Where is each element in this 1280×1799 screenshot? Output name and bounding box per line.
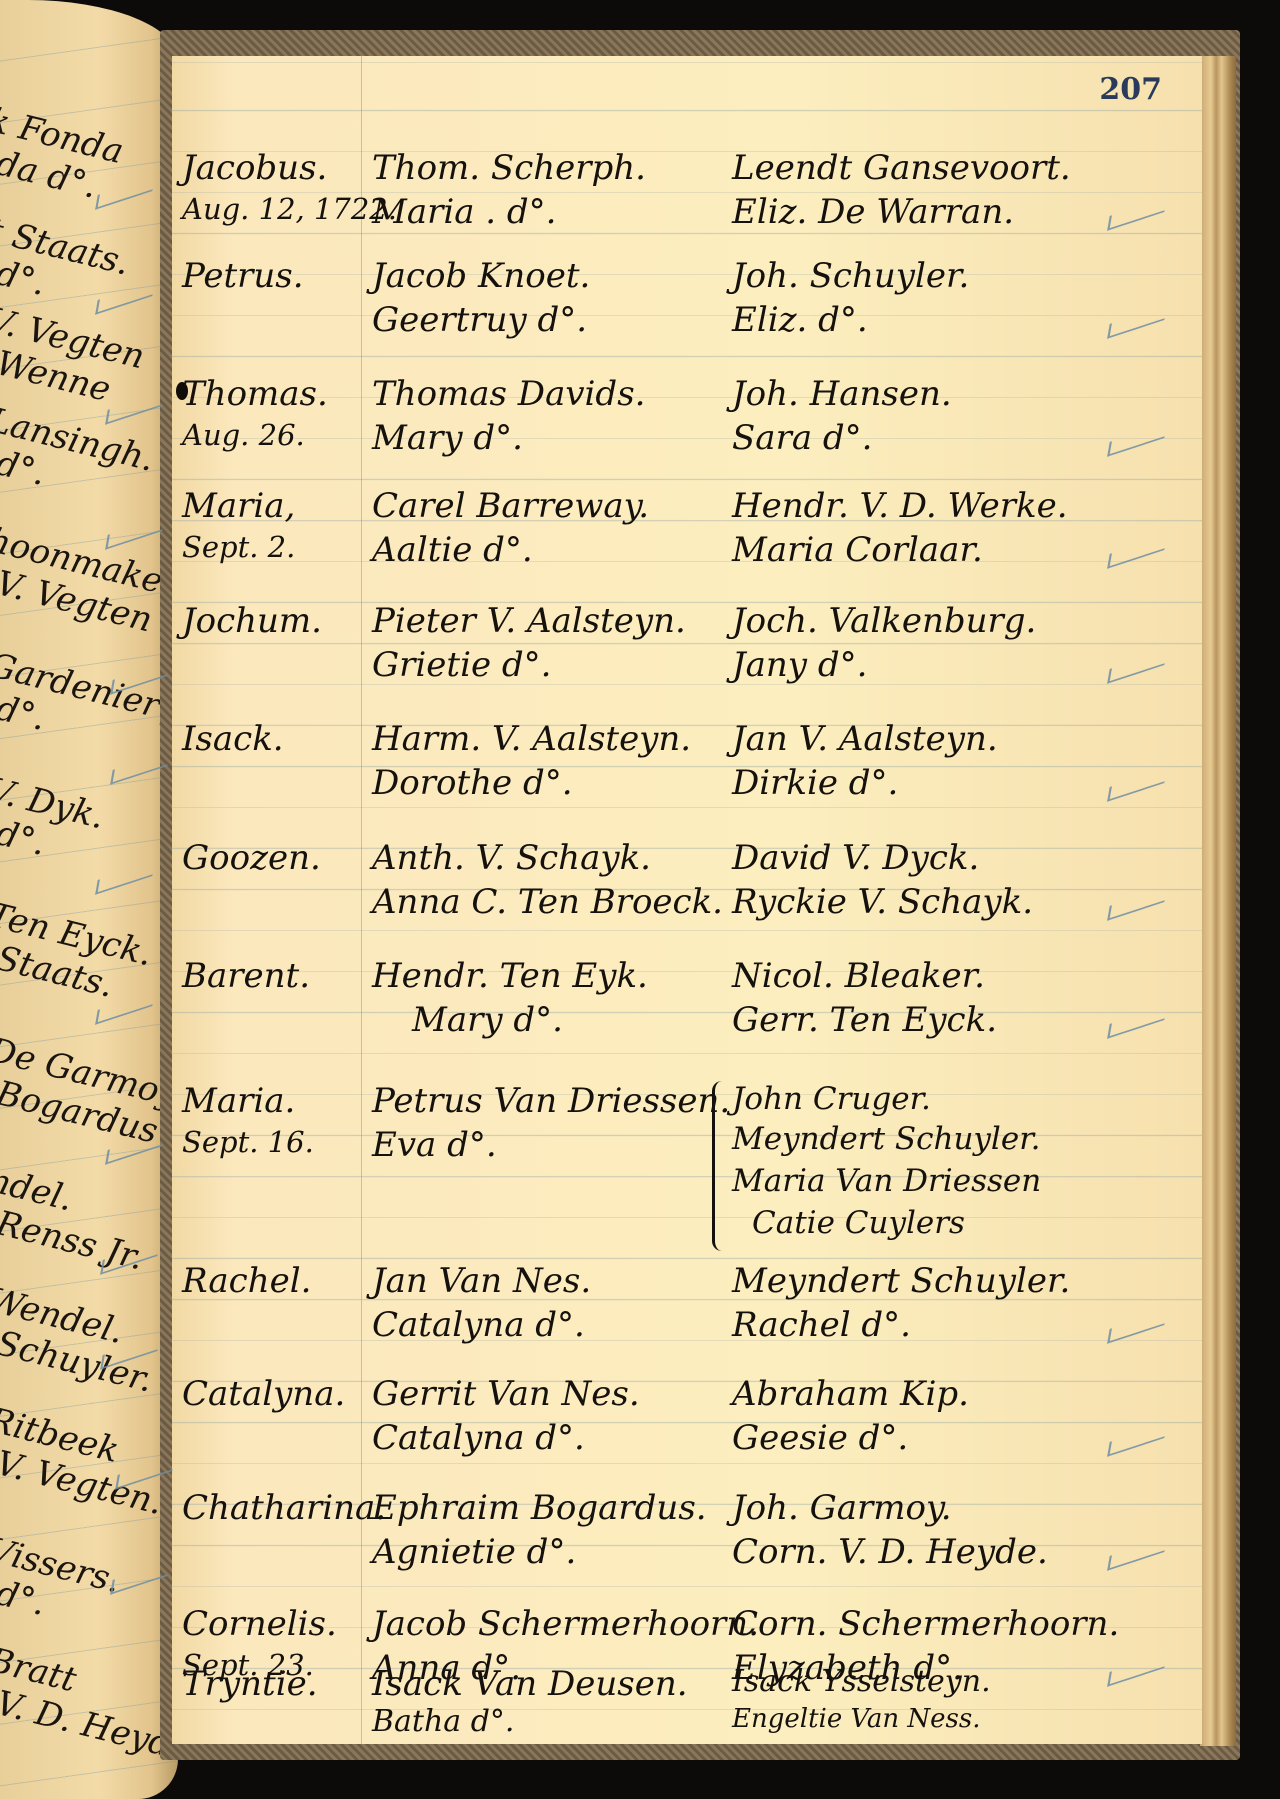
mother-name: Mary d°. <box>412 1000 563 1040</box>
father-name: Jacob Knoet. <box>372 256 590 296</box>
sponsor-2: Eliz. d°. <box>732 300 868 340</box>
check-mark-icon <box>1107 197 1167 231</box>
register-page: 207 Jacobus. Aug. 12, 1722. Thom. Scherp… <box>172 56 1202 1744</box>
sponsor-1: Nicol. Bleaker. <box>732 956 985 996</box>
sponsor-1: Meyndert Schuyler. <box>732 1261 1070 1301</box>
sponsor-1: Corn. Schermerhoorn. <box>732 1604 1119 1644</box>
sponsor-3: Maria Van Driessen <box>732 1163 1041 1199</box>
register-entry: Petrus. Jacob Knoet. Geertruy d°. Joh. S… <box>172 256 1202 376</box>
check-mark-icon <box>1107 1310 1167 1344</box>
sponsor-2: Corn. V. D. Heyde. <box>732 1532 1048 1572</box>
mother-name: Agnietie d°. <box>372 1532 576 1572</box>
father-name: Ephraim Bogardus. <box>372 1488 707 1528</box>
register-entry: Maria, Sept. 2. Carel Barreway. Aaltie d… <box>172 486 1202 606</box>
mother-name: Catalyna d°. <box>372 1418 585 1458</box>
sponsor-1: Joh. Garmoy. <box>732 1488 952 1528</box>
baptism-date: Aug. 12, 1722. <box>182 192 397 226</box>
child-name: Isack. <box>182 719 284 759</box>
register-entry: Jacobus. Aug. 12, 1722. Thom. Scherph. M… <box>172 148 1202 268</box>
register-entry: Thomas. Aug. 26. Thomas Davids. Mary d°.… <box>172 374 1202 494</box>
check-mark-icon <box>1107 305 1167 339</box>
child-name: Thomas. <box>182 374 328 414</box>
sponsor-2: Rachel d°. <box>732 1305 911 1345</box>
father-name: Hendr. Ten Eyk. <box>372 956 648 996</box>
sponsor-2: Dirkie d°. <box>732 763 898 803</box>
check-mark-icon <box>1107 768 1167 802</box>
check-mark-icon <box>1107 1537 1167 1571</box>
sponsor-1: Leendt Gansevoort. <box>732 148 1071 188</box>
sponsor-2: Maria Corlaar. <box>732 530 983 570</box>
child-name: Maria. <box>182 1081 295 1121</box>
register-entry: Catalyna. Gerrit Van Nes. Catalyna d°. A… <box>172 1374 1202 1494</box>
father-name: Anth. V. Schayk. <box>372 838 651 878</box>
mother-name: Grietie d°. <box>372 645 551 685</box>
mother-name: Maria . d°. <box>372 192 556 232</box>
child-name: Petrus. <box>182 256 304 296</box>
baptism-date: Sept. 2. <box>182 530 295 564</box>
left-page: k Fondada d°. t Staats.d°. V. VegtenWenn… <box>0 0 178 1799</box>
check-mark-icon <box>1107 650 1167 684</box>
sponsor-2: Ryckie V. Schayk. <box>732 882 1033 922</box>
sponsor-1: Joh. Hansen. <box>732 374 952 414</box>
sponsor-2: Eliz. De Warran. <box>732 192 1014 232</box>
sponsor-4: Catie Cuylers <box>752 1205 965 1241</box>
child-name: Rachel. <box>182 1261 311 1301</box>
sponsor-1: Joh. Schuyler. <box>732 256 969 296</box>
mother-name: Eva d°. <box>372 1125 497 1165</box>
page-number: 207 <box>1099 72 1162 107</box>
mother-name: Batha d°. <box>372 1704 514 1739</box>
child-name: Goozen. <box>182 838 321 878</box>
sponsor-1: Abraham Kip. <box>732 1374 969 1414</box>
baptism-date: Aug. 26. <box>182 418 305 452</box>
register-entry: Isack. Harm. V. Aalsteyn. Dorothe d°. Ja… <box>172 719 1202 839</box>
father-name: Isack Van Deusen. <box>372 1664 688 1704</box>
mother-name: Mary d°. <box>372 418 523 458</box>
sponsor-1: Joch. Valkenburg. <box>732 601 1036 641</box>
check-mark-icon <box>1107 1005 1167 1039</box>
child-name: Jacobus. <box>182 148 327 188</box>
page-edges <box>1200 56 1236 1746</box>
sponsor-1: Isack Ysselsteyn. <box>732 1664 991 1699</box>
child-name: Jochum. <box>182 601 322 641</box>
mother-name: Dorothe d°. <box>372 763 573 803</box>
check-mark-icon <box>1107 423 1167 457</box>
child-name: Cornelis. <box>182 1604 337 1644</box>
mother-name: Anna C. Ten Broeck. <box>372 882 723 922</box>
check-mark-icon <box>1107 1423 1167 1457</box>
baptism-date: Sept. 16. <box>182 1125 314 1159</box>
father-name: Petrus Van Driessen. <box>372 1081 730 1121</box>
sponsor-1: Hendr. V. D. Werke. <box>732 486 1068 526</box>
child-name: Tryntie. <box>182 1664 318 1704</box>
sponsor-2: Geesie d°. <box>732 1418 908 1458</box>
sponsor-2: Meyndert Schuyler. <box>732 1121 1040 1157</box>
father-name: Jan Van Nes. <box>372 1261 591 1301</box>
father-name: Thom. Scherph. <box>372 148 646 188</box>
register-entry: Tryntie. Isack Van Deusen. Batha d°. Isa… <box>172 1664 1202 1744</box>
sponsor-2: Jany d°. <box>732 645 867 685</box>
check-mark-icon <box>1107 535 1167 569</box>
register-entry: Maria. Sept. 16. Petrus Van Driessen. Ev… <box>172 1081 1202 1261</box>
mother-name: Geertruy d°. <box>372 300 587 340</box>
sponsor-1: David V. Dyck. <box>732 838 979 878</box>
register-entry: Barent. Hendr. Ten Eyk. Mary d°. Nicol. … <box>172 956 1202 1076</box>
mother-name: Catalyna d°. <box>372 1305 585 1345</box>
register-entry: Jochum. Pieter V. Aalsteyn. Grietie d°. … <box>172 601 1202 721</box>
father-name: Thomas Davids. <box>372 374 645 414</box>
sponsor-2: Engeltie Van Ness. <box>732 1704 980 1734</box>
father-name: Carel Barreway. <box>372 486 649 526</box>
father-name: Pieter V. Aalsteyn. <box>372 601 686 641</box>
child-name: Maria, <box>182 486 295 526</box>
child-name: Catalyna. <box>182 1374 345 1414</box>
register-entry: Chatharina. Ephraim Bogardus. Agnietie d… <box>172 1488 1202 1608</box>
sponsor-2: Sara d°. <box>732 418 872 458</box>
father-name: Jacob Schermerhoorn. <box>372 1604 759 1644</box>
sponsor-brace <box>712 1081 729 1251</box>
father-name: Harm. V. Aalsteyn. <box>372 719 691 759</box>
father-name: Gerrit Van Nes. <box>372 1374 640 1414</box>
child-name: Barent. <box>182 956 310 996</box>
child-name: Chatharina. <box>182 1488 386 1528</box>
mother-name: Aaltie d°. <box>372 530 533 570</box>
sponsor-1: Jan V. Aalsteyn. <box>732 719 998 759</box>
register-entry: Goozen. Anth. V. Schayk. Anna C. Ten Bro… <box>172 838 1202 958</box>
check-mark-icon <box>1107 887 1167 921</box>
register-entry: Rachel. Jan Van Nes. Catalyna d°. Meynde… <box>172 1261 1202 1381</box>
sponsor-2: Gerr. Ten Eyck. <box>732 1000 997 1040</box>
sponsor-1: John Cruger. <box>732 1081 931 1117</box>
